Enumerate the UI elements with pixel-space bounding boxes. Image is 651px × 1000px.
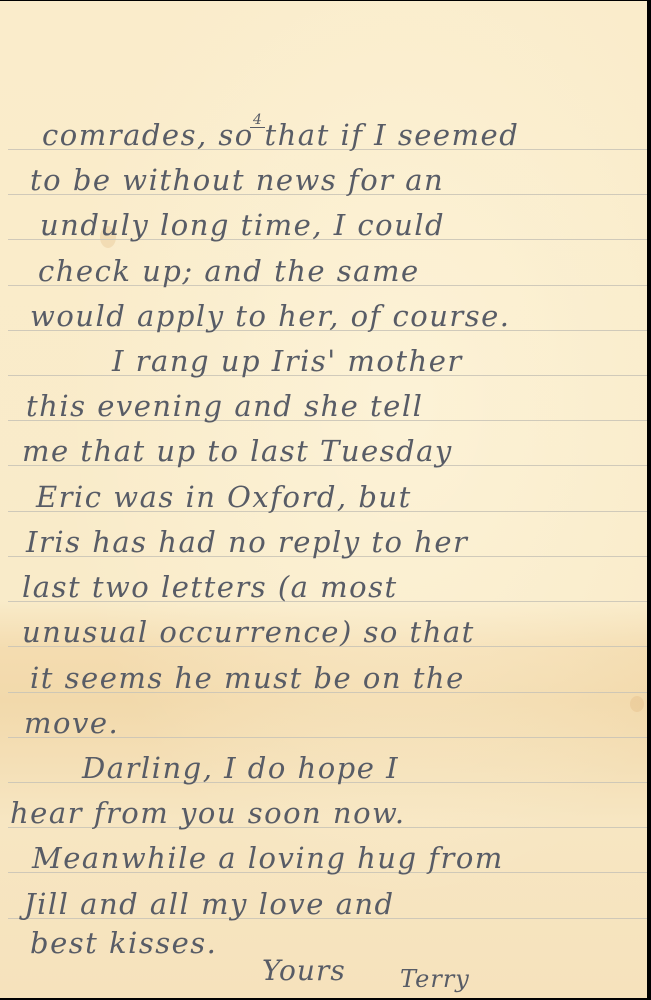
- letter-line: Iris has had no reply to her: [26, 528, 468, 557]
- letter-line: it seems he must be on the: [30, 664, 465, 693]
- letter-line: move.: [24, 709, 119, 738]
- letter-line: I rang up Iris' mother: [112, 347, 463, 376]
- closing-text: Yours: [262, 957, 346, 985]
- letter-line: to be without news for an: [30, 166, 444, 195]
- letter-line: this evening and she tell: [26, 392, 423, 421]
- letter-line: best kisses.: [30, 929, 217, 958]
- letter-line: Jill and all my love and: [24, 890, 395, 919]
- paper-stain: [630, 696, 644, 712]
- letter-line: check up; and the same: [38, 257, 420, 286]
- letter-line: me that up to last Tuesday: [22, 437, 453, 466]
- letter-page: 4 comrades, so that if I seemed to be wi…: [0, 1, 647, 998]
- signature: Terry: [400, 967, 470, 991]
- letter-line: Meanwhile a loving hug from: [32, 844, 504, 873]
- letter-line: Eric was in Oxford, but: [36, 483, 412, 512]
- letter-line: Darling, I do hope I: [82, 754, 399, 783]
- letter-line: unusual occurrence) so that: [22, 618, 475, 647]
- letter-line: unduly long time, I could: [40, 211, 445, 240]
- letter-line: last two letters (a most: [22, 573, 398, 602]
- letter-line: hear from you soon now.: [10, 799, 406, 828]
- letter-line: would apply to her, of course.: [30, 302, 511, 331]
- letter-line: comrades, so that if I seemed: [42, 121, 519, 150]
